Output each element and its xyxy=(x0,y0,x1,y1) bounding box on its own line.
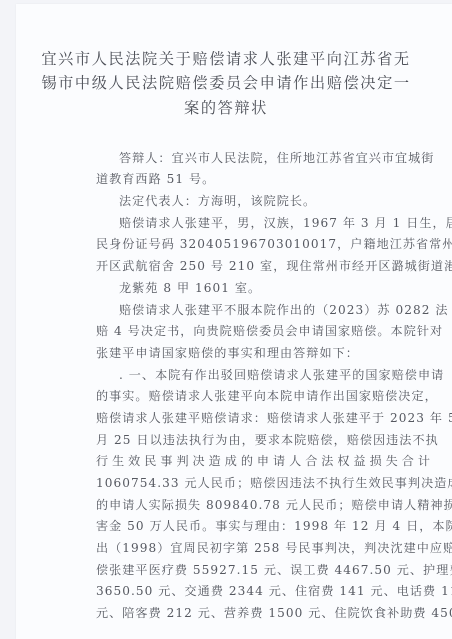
body-line: 开区武航宿舍 250 号 210 室，现住常州市经开区潞城街道港 xyxy=(96,258,431,274)
body-line: 行生效民事判决造成的申请人合法权益损失合计 xyxy=(96,453,431,469)
body-line: 赔偿请求人张建平不服本院作出的（2023）苏 0282 法 xyxy=(119,302,431,318)
body-line: 1060754.33 元人民币；赔偿因违法不执行生效民事判决造成 xyxy=(96,475,431,491)
body-line: 的申请人实际损失 809840.78 元人民币；赔偿申请人精神损 xyxy=(96,497,431,513)
body-line: 龙紫苑 8 甲 1601 室。 xyxy=(119,280,431,296)
body-line: 道教育西路 51 号。 xyxy=(96,171,431,187)
body-line: 民身份证号码 320405196703010017，户籍地江苏省常州市经 xyxy=(96,236,431,252)
body-line: 偿张建平医疗费 55927.15 元、误工费 4467.50 元、护理费 xyxy=(96,562,431,578)
body-line: 赔偿请求人张建平赔偿请求：赔偿请求人张建平于 2023 年 5 xyxy=(96,410,431,426)
body-line: 答辩人：宜兴市人民法院，住所地江苏省宜兴市宜城街 xyxy=(119,150,431,166)
body-line: 元、陪客费 212 元、营养费 1500 元、住院饮食补助费 4500 xyxy=(96,605,431,621)
body-line: 赔偿请求人张建平，男，汉族，1967 年 3 月 1 日生，居 xyxy=(119,215,431,231)
title-line-2: 锡市中级人民法院赔偿委员会申请作出赔偿决定一 xyxy=(0,72,452,93)
body-line: 月 25 日以违法执行为由，要求本院赔偿，赔偿因违法不执 xyxy=(96,432,431,448)
body-line: 法定代表人：方海明，该院院长。 xyxy=(119,193,431,209)
body-line: . 一、本院有作出驳回赔偿请求人张建平的国家赔偿申请 xyxy=(119,367,431,383)
body-line: 的事实。赔偿请求人张建平向本院申请作出国家赔偿决定， xyxy=(96,388,431,404)
title-line-3: 案的答辩状 xyxy=(0,97,452,118)
body-line: 出（1998）宜周民初字第 258 号民事判决，判决沈建中应赔 xyxy=(96,540,431,556)
body-line: 害金 50 万人民币。事实与理由：1998 年 12 月 4 日，本院作 xyxy=(96,518,431,534)
body-line: 赔 4 号决定书，向贵院赔偿委员会申请国家赔偿。本院针对 xyxy=(96,323,431,339)
body-line: 3650.50 元、交通费 2344 元、住宿费 141 元、电话费 11260 xyxy=(96,583,431,599)
body-line: 张建平申请国家赔偿的事实和理由答辩如下： xyxy=(96,345,431,361)
title-line-1: 宜兴市人民法院关于赔偿请求人张建平向江苏省无 xyxy=(0,48,452,69)
